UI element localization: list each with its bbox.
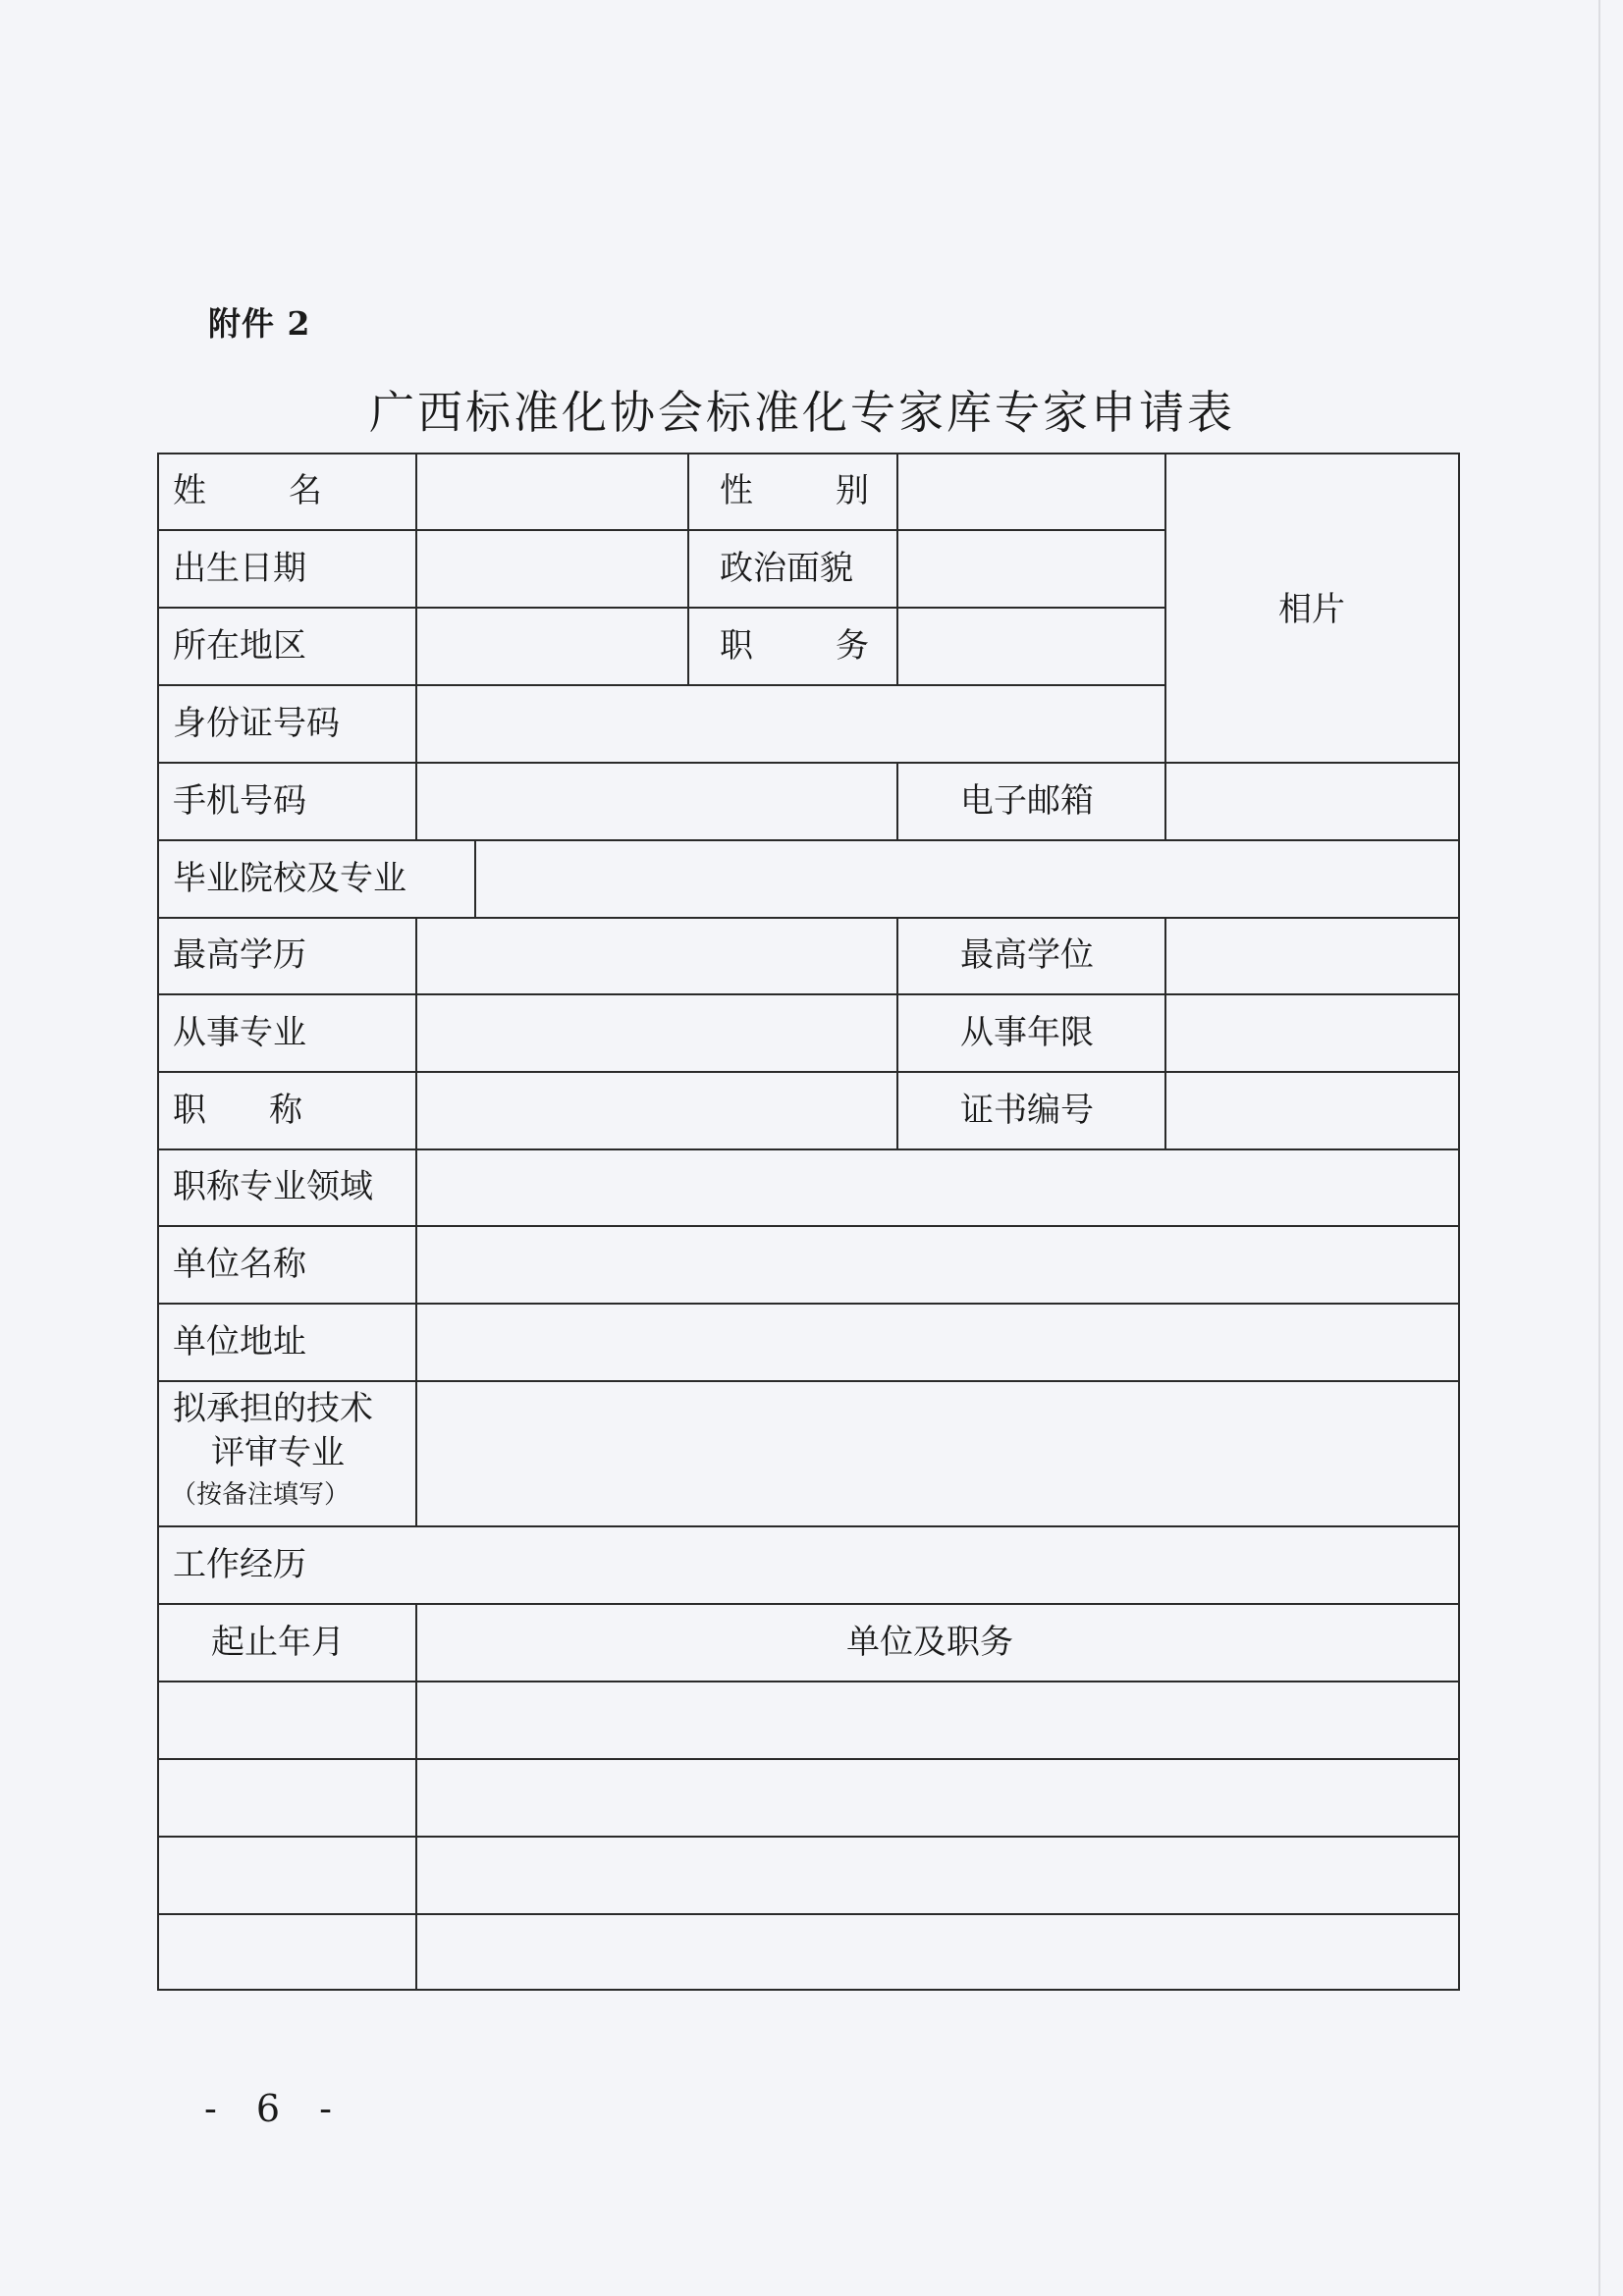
attachment-label: 附件 2 — [208, 298, 310, 345]
email-label: 电子邮箱 — [960, 784, 1094, 818]
years-field[interactable] — [1166, 995, 1458, 1071]
birth-date-field[interactable] — [417, 531, 687, 607]
region-label: 所在地区 — [173, 629, 306, 663]
review-specialty-note: （按备注填写） — [171, 1482, 350, 1508]
employer-position-field[interactable] — [417, 1682, 1458, 1758]
position-label: 职 务 — [720, 629, 869, 663]
highest-degree-label: 最高学位 — [960, 938, 1094, 972]
title-field-label: 职称专业领域 — [173, 1170, 373, 1203]
political-status-field[interactable] — [898, 531, 1164, 607]
gender-field[interactable] — [898, 454, 1164, 529]
email-field[interactable] — [1166, 764, 1458, 839]
table-border-bottom — [157, 1989, 1460, 1991]
period-field[interactable] — [159, 1682, 415, 1758]
gender-label-char: 别 — [836, 474, 869, 507]
title-label-char: 职 — [173, 1094, 206, 1127]
period-field[interactable] — [159, 1760, 415, 1836]
column-divider — [896, 762, 898, 839]
name-label-char: 姓 — [173, 474, 206, 507]
title-specialty-field[interactable] — [417, 1150, 1458, 1225]
political-status-label: 政治面貌 — [720, 552, 853, 585]
column-header-employer-position: 单位及职务 — [846, 1626, 1013, 1659]
certificate-number-field[interactable] — [1166, 1073, 1458, 1148]
highest-degree-field[interactable] — [1166, 919, 1458, 993]
employer-address-label: 单位地址 — [173, 1325, 306, 1359]
column-divider — [687, 453, 689, 684]
employer-address-field[interactable] — [417, 1305, 1458, 1380]
employer-position-field[interactable] — [417, 1915, 1458, 1989]
name-label-char: 名 — [289, 474, 322, 507]
name-label: 姓 名 — [173, 474, 322, 507]
gender-label: 性 别 — [720, 474, 869, 507]
title-label: 职 称 — [173, 1094, 302, 1127]
column-divider — [896, 917, 898, 1148]
review-specialty-label-line2: 评审专业 — [211, 1436, 345, 1469]
review-specialty-field[interactable] — [417, 1382, 1458, 1525]
profession-label: 从事专业 — [173, 1016, 306, 1049]
row-divider — [157, 1525, 1460, 1527]
column-header-period: 起止年月 — [211, 1626, 345, 1659]
position-field[interactable] — [898, 609, 1164, 684]
gender-label-char: 性 — [720, 474, 753, 507]
birth-date-label: 出生日期 — [173, 552, 306, 585]
page-title: 广西标准化协会标准化专家库专家申请表 — [369, 377, 1253, 442]
id-number-label: 身份证号码 — [173, 707, 340, 740]
highest-education-field[interactable] — [417, 919, 896, 993]
name-field[interactable] — [417, 454, 687, 529]
work-history-label: 工作经历 — [173, 1548, 306, 1581]
title-field[interactable] — [417, 1073, 896, 1148]
period-field[interactable] — [159, 1915, 415, 1989]
profession-field[interactable] — [417, 995, 896, 1071]
id-number-field[interactable] — [417, 686, 1164, 762]
region-field[interactable] — [417, 609, 687, 684]
school-major-label: 毕业院校及专业 — [173, 862, 406, 895]
highest-education-label: 最高学历 — [173, 938, 306, 972]
title-label-char: 称 — [269, 1094, 302, 1127]
period-field[interactable] — [159, 1838, 415, 1913]
employer-name-label: 单位名称 — [173, 1248, 306, 1281]
position-label-char: 务 — [836, 629, 869, 663]
employer-position-field[interactable] — [417, 1760, 1458, 1836]
row-divider — [157, 1603, 1460, 1605]
school-major-field[interactable] — [476, 841, 1458, 917]
review-specialty-label-line1: 拟承担的技术 — [173, 1392, 373, 1425]
employer-name-field[interactable] — [417, 1227, 1458, 1303]
mobile-field[interactable] — [417, 764, 896, 839]
employer-position-field[interactable] — [417, 1838, 1458, 1913]
certificate-number-label: 证书编号 — [960, 1094, 1094, 1127]
mobile-label: 手机号码 — [173, 784, 306, 818]
position-label-char: 职 — [720, 629, 753, 663]
page-edge — [1598, 0, 1600, 2296]
page-number: - 6 - — [204, 2087, 346, 2130]
years-label: 从事年限 — [960, 1016, 1094, 1049]
photo-label: 相片 — [1278, 593, 1345, 626]
